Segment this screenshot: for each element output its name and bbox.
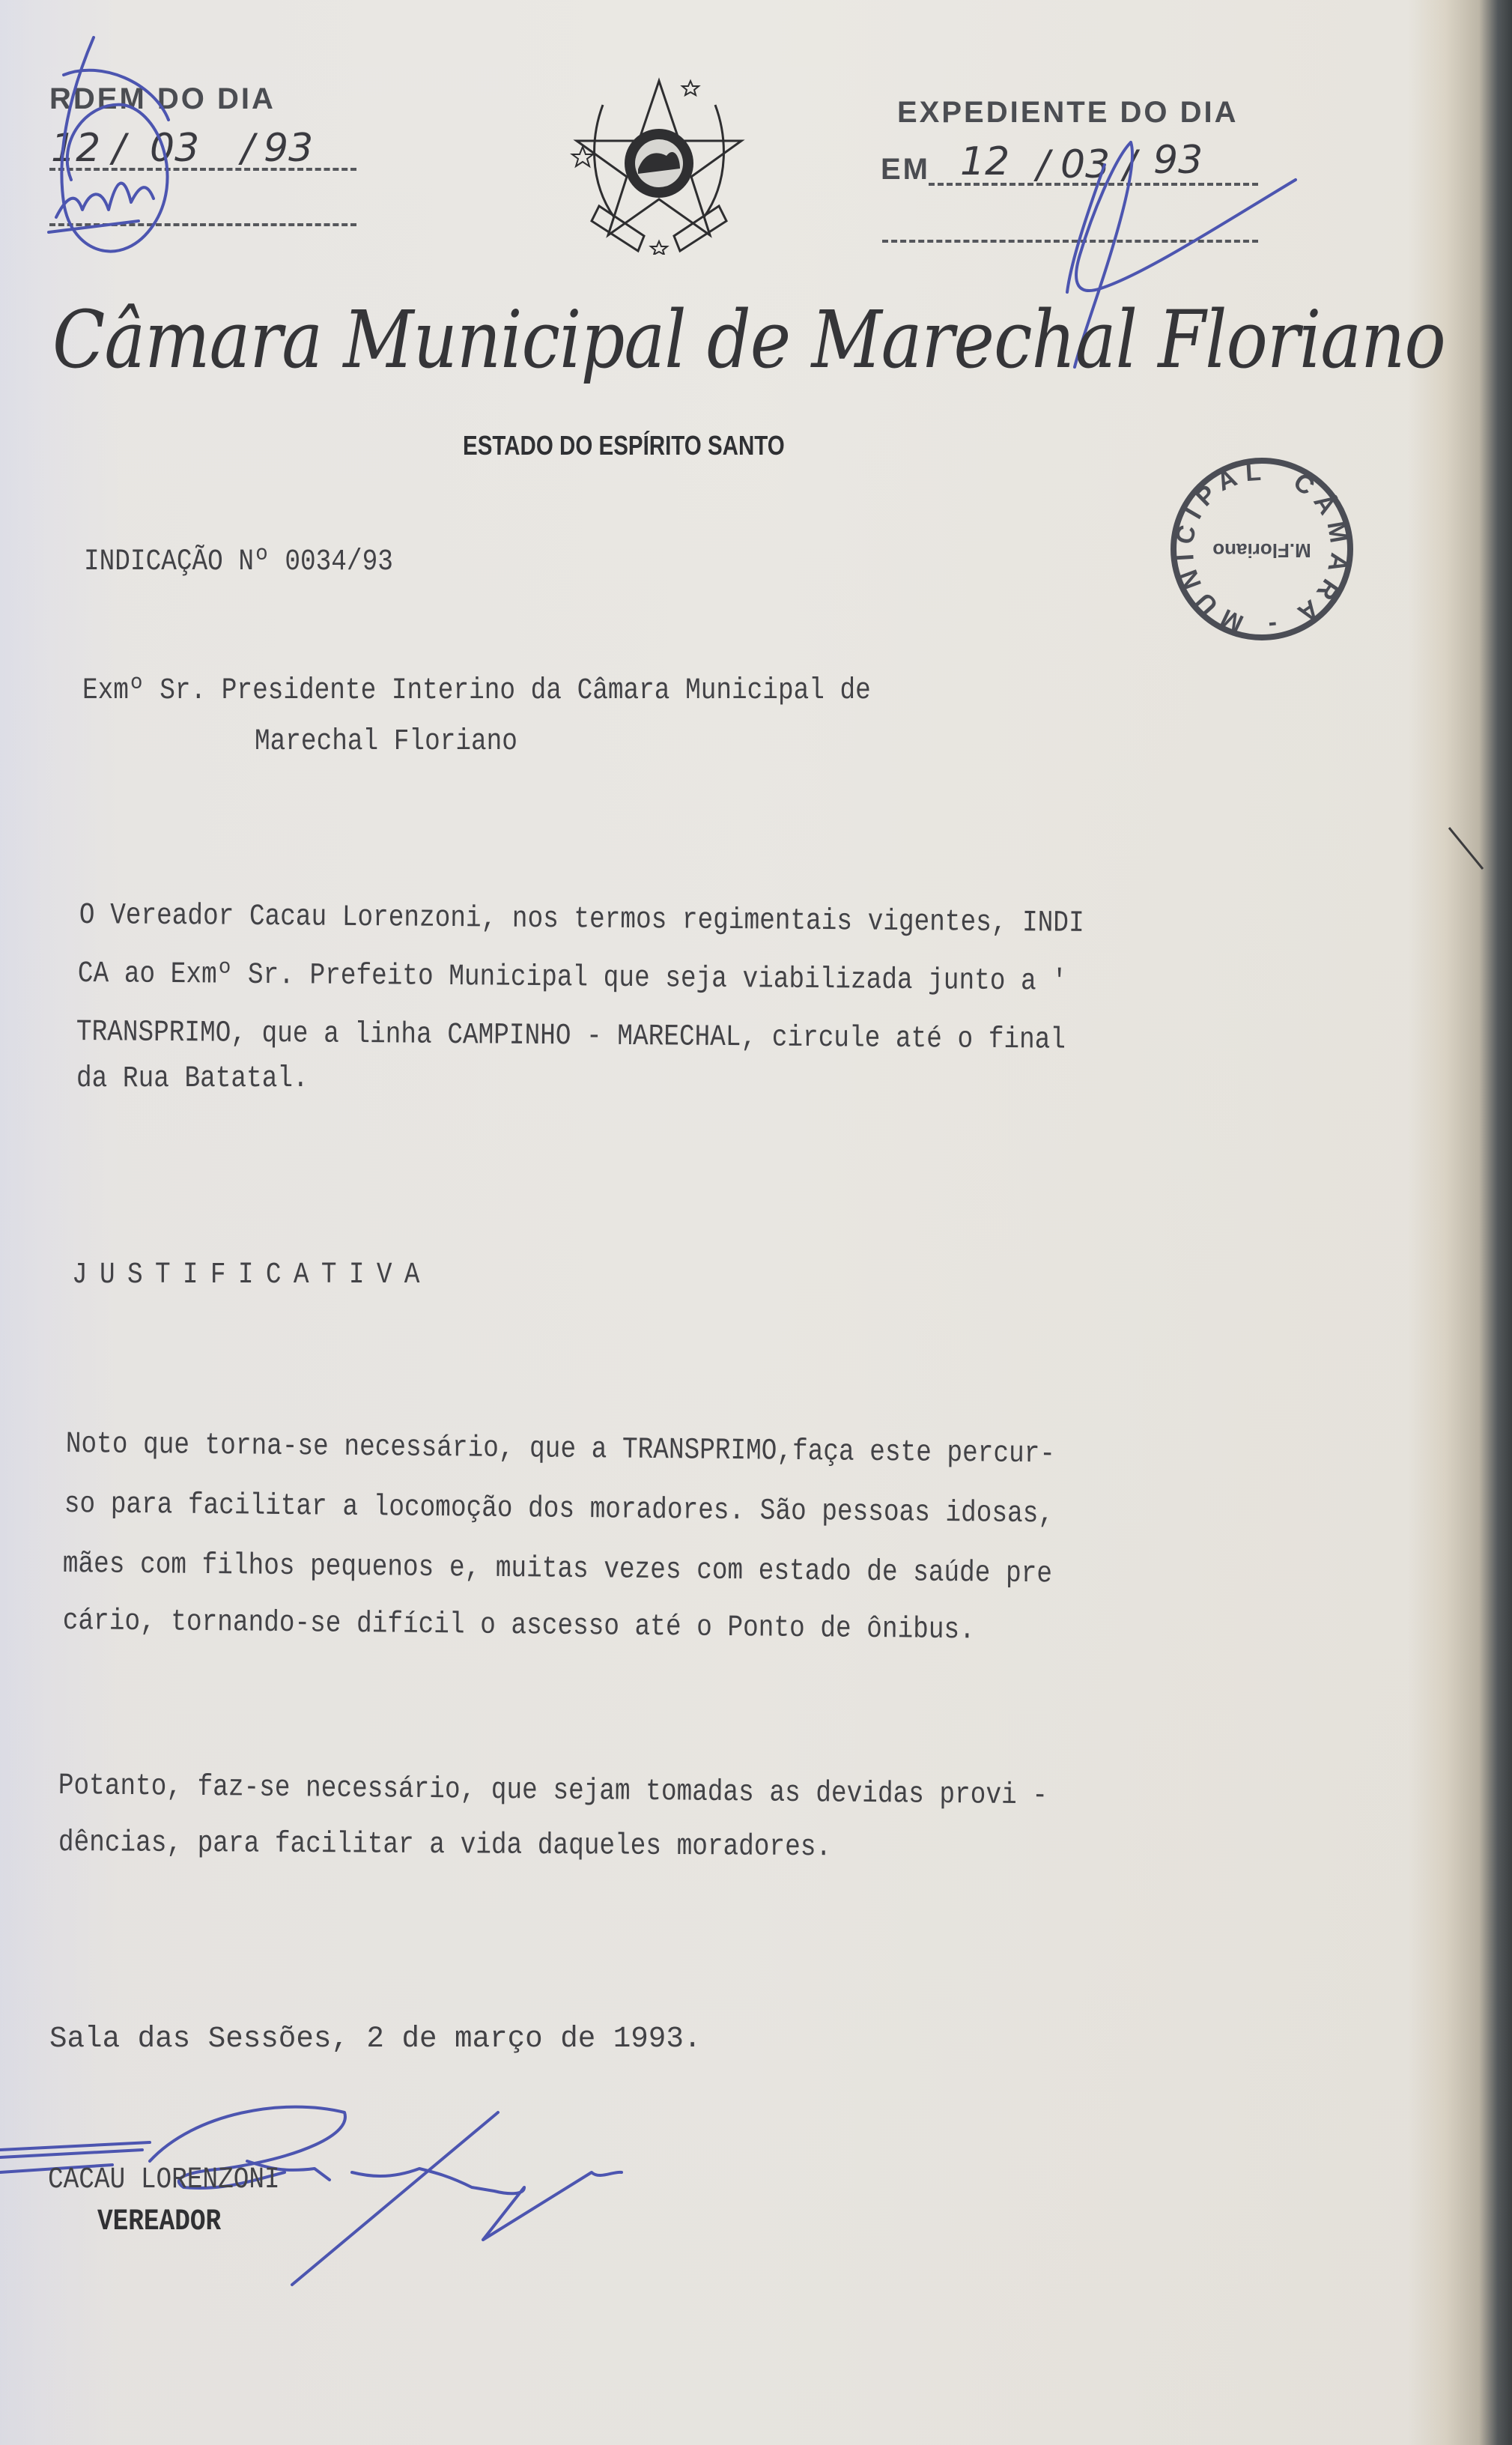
indicacao-reference: INDICAÇÃO Nº 0034/93 bbox=[84, 545, 393, 579]
paragraph1-line: TRANSPRIMO, que a linha CAMPINHO - MAREC… bbox=[76, 1016, 1066, 1058]
expediente-do-dia-label: EXPEDIENTE DO DIA bbox=[897, 96, 1239, 130]
addressee-line-1: Exmº Sr. Presidente Interino da Câmara M… bbox=[82, 674, 871, 708]
chamber-title: Câmara Municipal de Marechal Floriano bbox=[52, 294, 1445, 386]
justification-heading: JUSTIFICATIVA bbox=[72, 1258, 432, 1292]
ordem-pen-signature bbox=[41, 30, 213, 270]
municipal-seal-stamp: CÂMARA - MUNICIPAL M.Floriano bbox=[1168, 455, 1355, 643]
addressee-line-2: Marechal Floriano bbox=[255, 725, 517, 759]
paragraph3-line: dências, para facilitar a vida daqueles … bbox=[58, 1826, 831, 1864]
paragraph1-line: CA ao Exmº Sr. Prefeito Municipal que se… bbox=[78, 957, 1067, 999]
coat-of-arms-emblem-icon bbox=[569, 75, 749, 255]
ordem-date-sep2: / bbox=[241, 126, 255, 171]
signatory-role: VEREADOR bbox=[97, 2205, 221, 2239]
state-subtitle: ESTADO DO ESPÍRITO SANTO bbox=[463, 430, 785, 461]
place-and-date: Sala das Sessões, 2 de março de 1993. bbox=[49, 2023, 701, 2056]
paragraph2-line: cário, tornando-se difícil o ascesso até… bbox=[63, 1605, 975, 1647]
stray-pen-mark bbox=[1445, 824, 1490, 876]
paragraph3-line: Potanto, faz-se necessário, que sejam to… bbox=[58, 1769, 1048, 1813]
signatory-name: CACAU LORENZONI bbox=[48, 2163, 280, 2197]
paragraph2-line: mães com filhos pequenos e, muitas vezes… bbox=[63, 1548, 1052, 1591]
paragraph2-line: so para facilitar a locomoção dos morado… bbox=[64, 1488, 1054, 1531]
expediente-em-prefix: EM bbox=[881, 153, 930, 187]
paragraph2-line: Noto que torna-se necessário, que a TRAN… bbox=[66, 1428, 1055, 1471]
expediente-date-day: 12 bbox=[960, 139, 1009, 184]
paragraph1-line: da Rua Batatal. bbox=[76, 1062, 309, 1096]
ordem-date-year: 93 bbox=[264, 126, 313, 171]
seal-center-text: M.Floriano bbox=[1212, 539, 1311, 562]
paragraph1-line: O Vereador Cacau Lorenzoni, nos termos r… bbox=[79, 899, 1084, 941]
